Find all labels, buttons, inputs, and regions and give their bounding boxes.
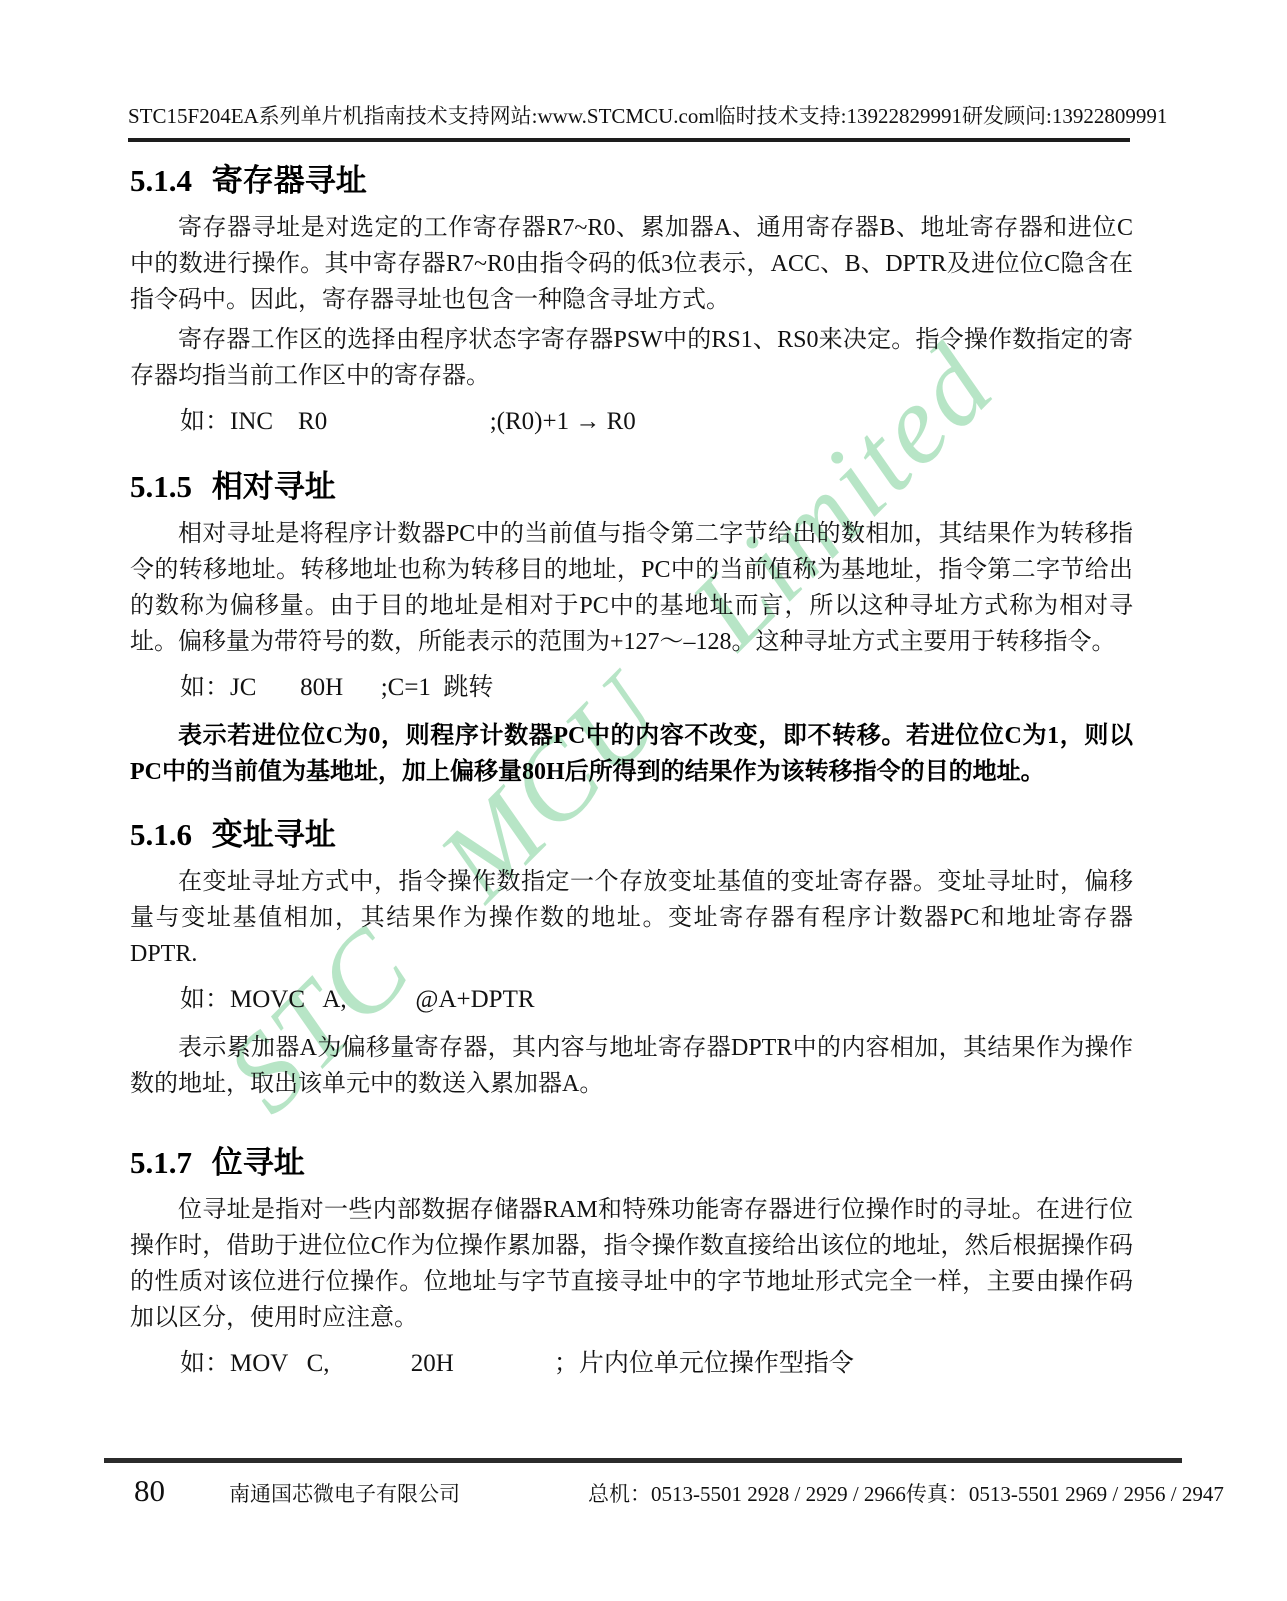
page-footer: 80 南通国芯微电子有限公司 总机：0513-5501 2928 / 2929 …	[104, 1458, 1182, 1509]
footer-rule	[104, 1458, 1182, 1463]
section-5-1-6: 5.1.6 变址寻址 在变址寻址方式中，指令操作数指定一个存放变址基值的变址寄存…	[130, 816, 1133, 1102]
section-heading: 5.1.7 位寻址	[130, 1144, 1133, 1182]
code-example: 如：MOV C, 20H ；片内位单元位操作型指令	[130, 1344, 1133, 1384]
header-row: STC15F204EA系列单片机指南 技术支持网站:www.STCMCU.com…	[128, 100, 1130, 130]
header-rule	[128, 138, 1130, 142]
footer-row: 80 南通国芯微电子有限公司 总机：0513-5501 2928 / 2929 …	[104, 1473, 1182, 1509]
body-paragraph: 位寻址是指对一些内部数据存储器RAM和特殊功能寄存器进行位操作时的寻址。在进行位…	[130, 1192, 1133, 1336]
section-number: 5.1.4	[130, 163, 192, 198]
section-5-1-4: 5.1.4 寄存器寻址 寄存器寻址是对选定的工作寄存器R7~R0、累加器A、通用…	[130, 162, 1133, 442]
header-book-title: STC15F204EA系列单片机指南	[128, 100, 406, 130]
footer-company: 南通国芯微电子有限公司	[229, 1478, 460, 1508]
body-paragraph-bold: 表示若进位位C为0，则程序计数器PC中的内容不改变，即不转移。若进位位C为1，则…	[130, 718, 1133, 790]
page-content: 5.1.4 寄存器寻址 寄存器寻址是对选定的工作寄存器R7~R0、累加器A、通用…	[130, 150, 1133, 1394]
body-paragraph: 在变址寻址方式中，指令操作数指定一个存放变址基值的变址寄存器。变址寻址时，偏移量…	[130, 864, 1133, 972]
section-heading: 5.1.5 相对寻址	[130, 468, 1133, 506]
section-title: 寄存器寻址	[212, 163, 367, 198]
section-5-1-7: 5.1.7 位寻址 位寻址是指对一些内部数据存储器RAM和特殊功能寄存器进行位操…	[130, 1144, 1133, 1384]
footer-page-number: 80	[134, 1473, 165, 1509]
header-consultant: 研发顾问:13922809991	[962, 100, 1167, 130]
section-heading: 5.1.4 寄存器寻址	[130, 162, 1133, 200]
footer-phone: 总机：0513-5501 2928 / 2929 / 2966	[588, 1478, 906, 1508]
section-heading: 5.1.6 变址寻址	[130, 816, 1133, 854]
body-paragraph: 寄存器寻址是对选定的工作寄存器R7~R0、累加器A、通用寄存器B、地址寄存器和进…	[130, 210, 1133, 318]
section-title: 位寻址	[212, 1145, 305, 1180]
footer-fax: 传真：0513-5501 2969 / 2956 / 2947	[906, 1478, 1224, 1508]
code-example: 如：MOVC A, @A+DPTR	[130, 980, 1133, 1020]
section-title: 相对寻址	[212, 469, 336, 504]
section-5-1-5: 5.1.5 相对寻址 相对寻址是将程序计数器PC中的当前值与指令第二字节给出的数…	[130, 468, 1133, 790]
section-number: 5.1.6	[130, 817, 192, 852]
body-paragraph: 表示累加器A为偏移量寄存器，其内容与地址寄存器DPTR中的内容相加，其结果作为操…	[130, 1030, 1133, 1102]
body-paragraph: 相对寻址是将程序计数器PC中的当前值与指令第二字节给出的数相加，其结果作为转移指…	[130, 516, 1133, 660]
document-page: STC MCU Limited STC15F204EA系列单片机指南 技术支持网…	[0, 0, 1287, 1601]
section-number: 5.1.5	[130, 469, 192, 504]
section-title: 变址寻址	[212, 817, 336, 852]
code-example: 如：INC R0 ;(R0)+1 → R0	[130, 402, 1133, 442]
section-number: 5.1.7	[130, 1145, 192, 1180]
header-temp-support: 临时技术支持:13922829991	[715, 100, 962, 130]
body-paragraph: 寄存器工作区的选择由程序状态字寄存器PSW中的RS1、RS0来决定。指令操作数指…	[130, 322, 1133, 394]
header-support-site: 技术支持网站:www.STCMCU.com	[406, 100, 715, 130]
page-header: STC15F204EA系列单片机指南 技术支持网站:www.STCMCU.com…	[128, 100, 1130, 142]
code-example: 如：JC 80H ;C=1 跳转	[130, 668, 1133, 708]
